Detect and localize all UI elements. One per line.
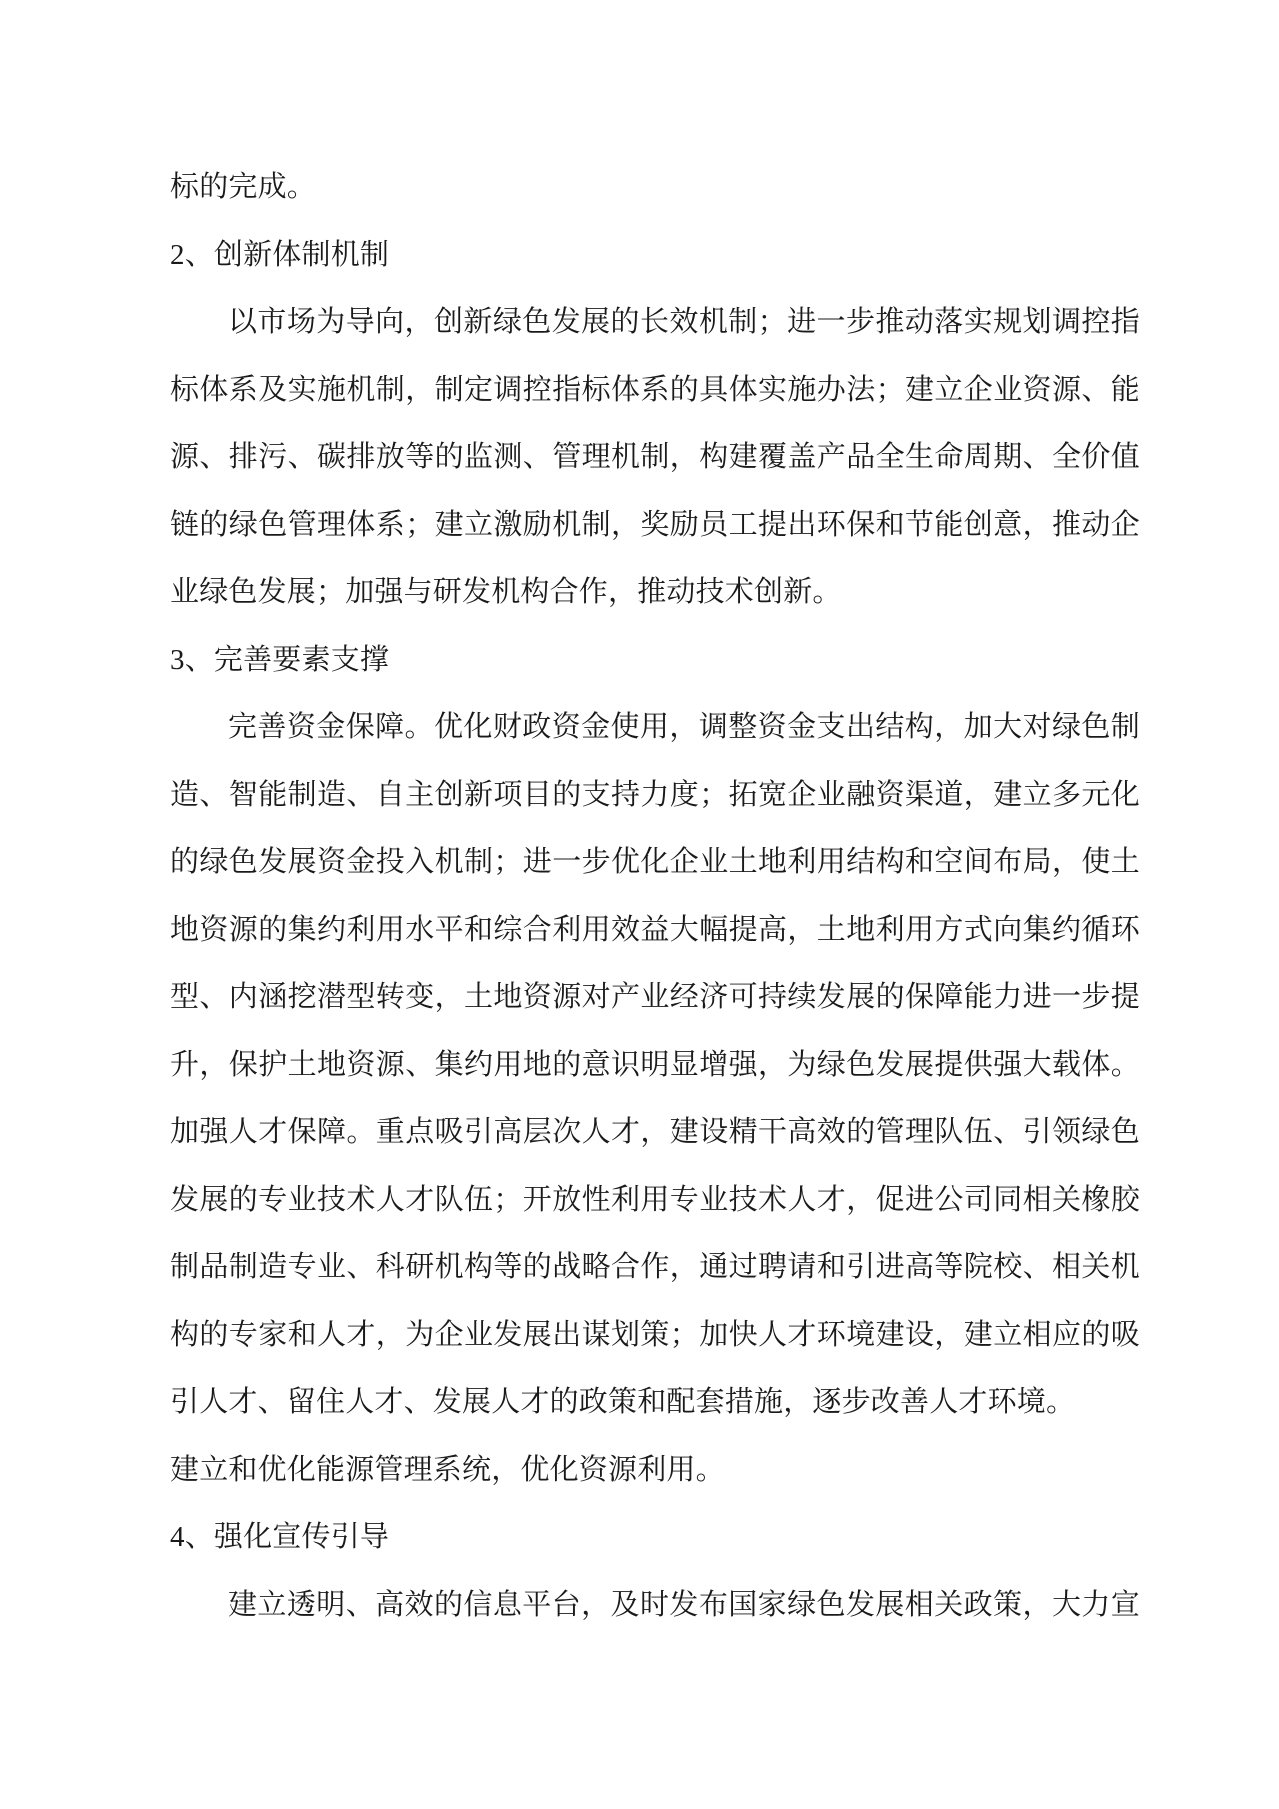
document-text-block: 标的完成。 2、创新体制机制 以市场为导向，创新绿色发展的长效机制；进一步推动落…	[170, 154, 1140, 1639]
paragraph-first-line: 以市场为导向，创新绿色发展的长效机制；进一步推动落实规划调控指	[170, 289, 1140, 357]
section-heading-2: 2、创新体制机制	[170, 222, 1140, 290]
paragraph-line: 制品制造专业、科研机构等的战略合作，通过聘请和引进高等院校、相关机	[170, 1234, 1140, 1302]
document-page: 标的完成。 2、创新体制机制 以市场为导向，创新绿色发展的长效机制；进一步推动落…	[0, 0, 1279, 1809]
paragraph-end-line: 建立和优化能源管理系统，优化资源利用。	[170, 1437, 1140, 1505]
paragraph-end-line: 标的完成。	[170, 154, 1140, 222]
section-heading-4: 4、强化宣传引导	[170, 1504, 1140, 1572]
paragraph-line: 造、智能制造、自主创新项目的支持力度；拓宽企业融资渠道，建立多元化	[170, 762, 1140, 830]
paragraph-line: 构的专家和人才，为企业发展出谋划策；加快人才环境建设，建立相应的吸	[170, 1302, 1140, 1370]
paragraph-line: 源、排污、碳排放等的监测、管理机制，构建覆盖产品全生命周期、全价值	[170, 424, 1140, 492]
paragraph-line: 升，保护土地资源、集约用地的意识明显增强，为绿色发展提供强大载体。	[170, 1032, 1140, 1100]
paragraph-line: 的绿色发展资金投入机制；进一步优化企业土地利用结构和空间布局，使土	[170, 829, 1140, 897]
paragraph-end-line: 业绿色发展；加强与研发机构合作，推动技术创新。	[170, 559, 1140, 627]
paragraph-line: 地资源的集约利用水平和综合利用效益大幅提高，土地利用方式向集约循环	[170, 897, 1140, 965]
paragraph-first-line: 建立透明、高效的信息平台，及时发布国家绿色发展相关政策，大力宣	[170, 1572, 1140, 1640]
paragraph-line: 标体系及实施机制，制定调控指标体系的具体实施办法；建立企业资源、能	[170, 357, 1140, 425]
paragraph-end-line: 引人才、留住人才、发展人才的政策和配套措施，逐步改善人才环境。	[170, 1369, 1140, 1437]
paragraph-line: 型、内涵挖潜型转变，土地资源对产业经济可持续发展的保障能力进一步提	[170, 964, 1140, 1032]
paragraph-line: 加强人才保障。重点吸引高层次人才，建设精干高效的管理队伍、引领绿色	[170, 1099, 1140, 1167]
paragraph-first-line: 完善资金保障。优化财政资金使用，调整资金支出结构，加大对绿色制	[170, 694, 1140, 762]
paragraph-line: 链的绿色管理体系；建立激励机制，奖励员工提出环保和节能创意，推动企	[170, 492, 1140, 560]
section-heading-3: 3、完善要素支撑	[170, 627, 1140, 695]
paragraph-line: 发展的专业技术人才队伍；开放性利用专业技术人才，促进公司同相关橡胶	[170, 1167, 1140, 1235]
